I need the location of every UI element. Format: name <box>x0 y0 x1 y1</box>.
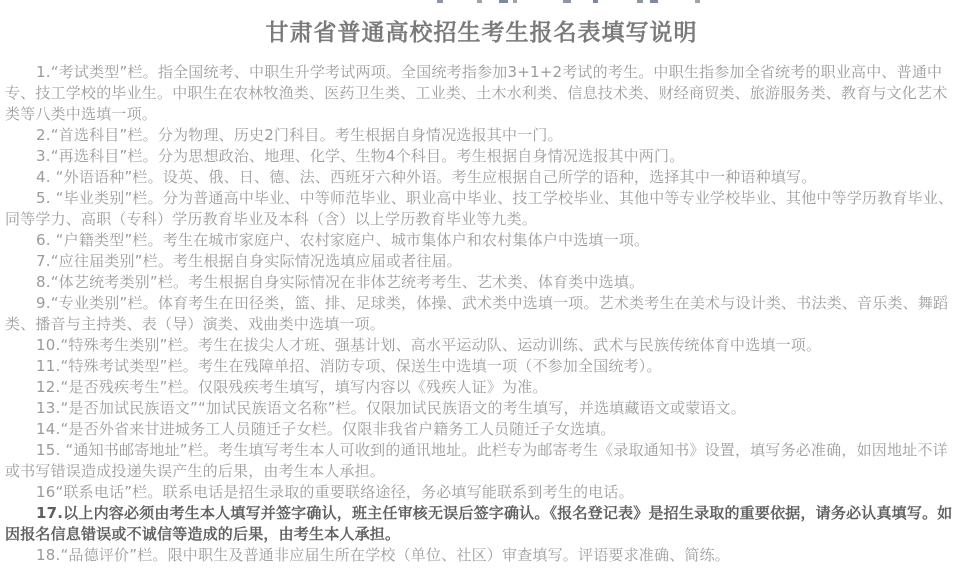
list-item: 1.“考试类型”栏。指全国统考、中职生升学考试两项。全国统考指参加3+1+2考试… <box>5 62 958 125</box>
cropped-text-fragment <box>563 0 571 3</box>
cropped-text-fragment <box>637 0 643 3</box>
list-item: 9.“专业类别”栏。体育考生在田径类，篮、排、足球类，体操、武术类中选填一项。艺… <box>5 293 958 335</box>
instructions-list: 1.“考试类型”栏。指全国统考、中职生升学考试两项。全国统考指参加3+1+2考试… <box>5 62 958 566</box>
list-item: 14.“是否外省来甘进城务工人员随迁子女栏。仅限非我省户籍务工人员随迁子女选填。 <box>5 419 958 440</box>
cropped-text-fragment <box>695 0 700 3</box>
list-item: 8.“体艺统考类别”栏。考生根据自身实际情况在非体艺统考考生、艺术类、体育类中选… <box>5 272 958 293</box>
list-item: 4. “外语语种”栏。设英、俄、日、德、法、西班牙六种外语。考生应根据自己所学的… <box>5 167 958 188</box>
cropped-text-fragment <box>513 0 517 3</box>
list-item: 10.“特殊考生类别”栏。考生在拔尖人才班、强基计划、高水平运动队、运动训练、武… <box>5 335 958 356</box>
list-item: 7.“应往届类别”栏。考生根据自身实际情况选填应届或者往届。 <box>5 251 958 272</box>
list-item: 13.“是否加试民族语文”“加试民族语文名称”栏。仅限加试民族语文的考生填写，并… <box>5 398 958 419</box>
list-item: 18.“品德评价”栏。限中职生及普通非应届生所在学校（单位、社区）审查填写。评语… <box>5 545 958 566</box>
cropped-text-fragment <box>499 0 508 3</box>
cropped-top-text-fragments <box>0 0 963 4</box>
page-title: 甘肃省普通高校招生考生报名表填写说明 <box>0 14 963 47</box>
list-item: 15. “通知书邮寄地址”栏。考生填写考生本人可收到的通讯地址。此栏专为邮寄考生… <box>5 440 958 482</box>
list-item: 12.“是否残疾考生”栏。仅限残疾考生填写，填写内容以《残疾人证》为准。 <box>5 377 958 398</box>
list-item: 16“联系电话”栏。联系电话是招生录取的重要联络途径，务必填写能联系到考生的电话… <box>5 482 958 503</box>
list-item: 11.“特殊考试类型”栏。考生在残障单招、消防专项、保送生中选填一项（不参加全国… <box>5 356 958 377</box>
list-item: 2.“首选科目”栏。分为物理、历史2门科目。考生根据自身情况选报其中一门。 <box>5 125 958 146</box>
cropped-text-fragment <box>593 0 598 3</box>
list-item: 17.以上内容必须由考生本人填写并签字确认，班主任审核无误后签字确认。《报名登记… <box>5 503 958 545</box>
cropped-text-fragment <box>477 0 482 3</box>
cropped-text-fragment <box>650 0 658 3</box>
list-item: 6. “户籍类型”栏。考生在城市家庭户、农村家庭户、城市集体户和农村集体户中选填… <box>5 230 958 251</box>
list-item: 5. “毕业类别”栏。分为普通高中毕业、中等师范毕业、职业高中毕业、技工学校毕业… <box>5 188 958 230</box>
document-page: 甘肃省普通高校招生考生报名表填写说明 1.“考试类型”栏。指全国统考、中职生升学… <box>0 0 963 569</box>
list-item: 3.“再选科目”栏。分为思想政治、地理、化学、生物4个科目。考生根据自身情况选报… <box>5 146 958 167</box>
cropped-text-fragment <box>437 0 443 3</box>
